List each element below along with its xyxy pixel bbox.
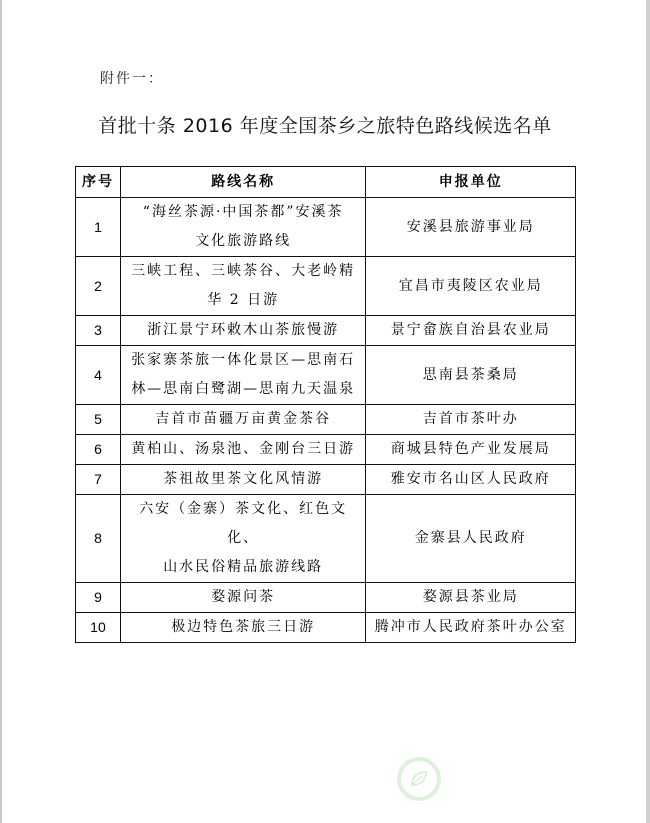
route-name-line: “海丝茶源·中国茶都”安溪茶 bbox=[124, 198, 363, 227]
applicant-unit: 宜昌市夷陵区农业局 bbox=[366, 257, 576, 316]
route-name-line: 文化旅游路线 bbox=[124, 227, 363, 256]
route-name: 黄柏山、汤泉池、金刚台三日游 bbox=[120, 435, 366, 465]
applicant-unit: 商城县特色产业发展局 bbox=[366, 435, 576, 465]
header-applicant-unit: 申报单位 bbox=[366, 167, 576, 198]
route-name-line: 极边特色茶旅三日游 bbox=[124, 613, 363, 642]
applicant-unit: 雅安市名山区人民政府 bbox=[366, 465, 576, 495]
header-route-name: 路线名称 bbox=[120, 167, 366, 198]
table-row: 7茶祖故里茶文化风情游雅安市名山区人民政府 bbox=[76, 465, 576, 495]
route-name: 六安（金寨）茶文化、红色文化、山水民俗精品旅游线路 bbox=[120, 495, 366, 583]
route-name: 张家寨茶旅一体化景区—思南石林—思南白鹭湖—思南九天温泉 bbox=[120, 346, 366, 405]
table-header-row: 序号 路线名称 申报单位 bbox=[76, 167, 576, 198]
route-name-line: 张家寨茶旅一体化景区—思南石 bbox=[124, 346, 363, 375]
route-name-line: 林—思南白鹭湖—思南九天温泉 bbox=[124, 375, 363, 404]
table-row: 8六安（金寨）茶文化、红色文化、山水民俗精品旅游线路金寨县人民政府 bbox=[76, 495, 576, 583]
table-row: 9婺源问茶婺源县茶业局 bbox=[76, 583, 576, 613]
candidate-routes-table: 序号 路线名称 申报单位 1“海丝茶源·中国茶都”安溪茶文化旅游路线安溪县旅游事… bbox=[75, 166, 576, 643]
row-number: 10 bbox=[76, 613, 121, 643]
route-name-line: 六安（金寨）茶文化、红色文化、 bbox=[124, 495, 363, 553]
applicant-unit: 婺源县茶业局 bbox=[366, 583, 576, 613]
attachment-label: 附件一： bbox=[100, 68, 164, 88]
applicant-unit: 腾冲市人民政府茶叶办公室 bbox=[366, 613, 576, 643]
table-row: 5吉首市苗疆万亩黄金茶谷吉首市茶叶办 bbox=[76, 405, 576, 435]
row-number: 9 bbox=[76, 583, 121, 613]
route-name-line: 黄柏山、汤泉池、金刚台三日游 bbox=[124, 435, 363, 464]
route-name-line: 三峡工程、三峡茶谷、大老岭精 bbox=[124, 257, 363, 286]
document-title: 首批十条 2016 年度全国茶乡之旅特色路线候选名单 bbox=[0, 111, 650, 138]
route-name: “海丝茶源·中国茶都”安溪茶文化旅游路线 bbox=[120, 198, 366, 257]
header-number: 序号 bbox=[76, 167, 121, 198]
row-number: 6 bbox=[76, 435, 121, 465]
table-row: 10极边特色茶旅三日游腾冲市人民政府茶叶办公室 bbox=[76, 613, 576, 643]
applicant-unit: 吉首市茶叶办 bbox=[366, 405, 576, 435]
route-name: 婺源问茶 bbox=[120, 583, 366, 613]
applicant-unit: 思南县茶桑局 bbox=[366, 346, 576, 405]
tea-leaf-seal-icon bbox=[397, 757, 441, 801]
route-name-line: 茶祖故里茶文化风情游 bbox=[124, 465, 363, 494]
route-name-line: 吉首市苗疆万亩黄金茶谷 bbox=[124, 405, 363, 434]
route-name: 三峡工程、三峡茶谷、大老岭精华 2 日游 bbox=[120, 257, 366, 316]
row-number: 8 bbox=[76, 495, 121, 583]
row-number: 5 bbox=[76, 405, 121, 435]
table-row: 2三峡工程、三峡茶谷、大老岭精华 2 日游宜昌市夷陵区农业局 bbox=[76, 257, 576, 316]
applicant-unit: 景宁畲族自治县农业局 bbox=[366, 316, 576, 346]
row-number: 1 bbox=[76, 198, 121, 257]
row-number: 4 bbox=[76, 346, 121, 405]
table-row: 3浙江景宁环敕木山茶旅慢游景宁畲族自治县农业局 bbox=[76, 316, 576, 346]
route-name-line: 婺源问茶 bbox=[124, 583, 363, 612]
table-row: 4张家寨茶旅一体化景区—思南石林—思南白鹭湖—思南九天温泉思南县茶桑局 bbox=[76, 346, 576, 405]
route-name: 浙江景宁环敕木山茶旅慢游 bbox=[120, 316, 366, 346]
route-name-line: 华 2 日游 bbox=[124, 286, 363, 315]
route-name: 吉首市苗疆万亩黄金茶谷 bbox=[120, 405, 366, 435]
route-name: 茶祖故里茶文化风情游 bbox=[120, 465, 366, 495]
row-number: 3 bbox=[76, 316, 121, 346]
route-name-line: 浙江景宁环敕木山茶旅慢游 bbox=[124, 316, 363, 345]
table-row: 6黄柏山、汤泉池、金刚台三日游商城县特色产业发展局 bbox=[76, 435, 576, 465]
row-number: 2 bbox=[76, 257, 121, 316]
row-number: 7 bbox=[76, 465, 121, 495]
applicant-unit: 金寨县人民政府 bbox=[366, 495, 576, 583]
table-row: 1“海丝茶源·中国茶都”安溪茶文化旅游路线安溪县旅游事业局 bbox=[76, 198, 576, 257]
route-name: 极边特色茶旅三日游 bbox=[120, 613, 366, 643]
route-name-line: 山水民俗精品旅游线路 bbox=[124, 553, 363, 582]
applicant-unit: 安溪县旅游事业局 bbox=[366, 198, 576, 257]
